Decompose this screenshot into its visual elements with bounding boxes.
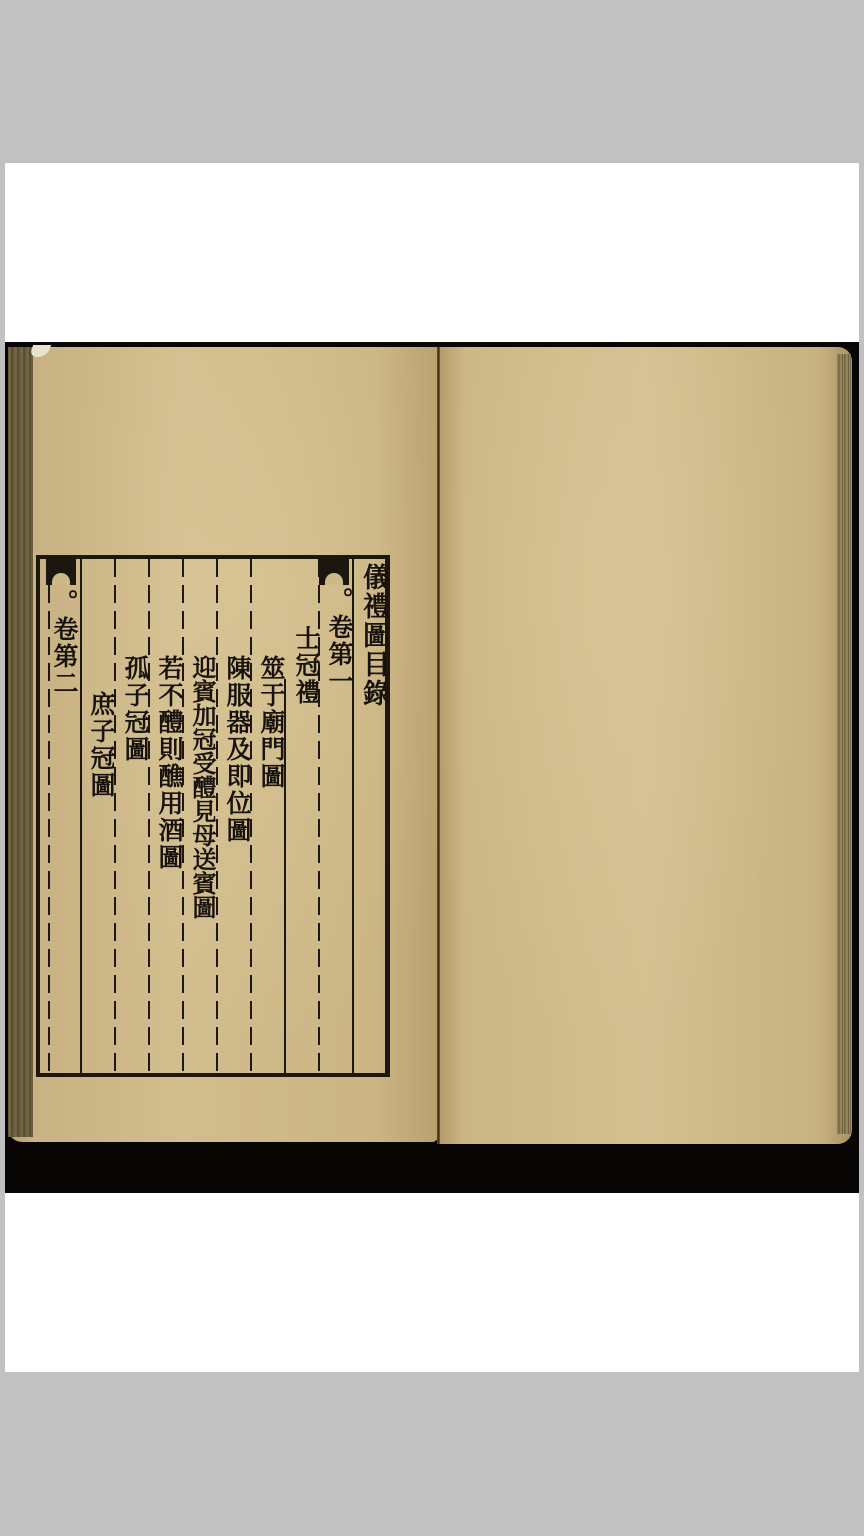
toc-entry: 庶子冠圖 [83, 691, 119, 799]
right-page: 材重校訂 儀禮序 周伝杉 王 [440, 347, 852, 1144]
section-heading: 士冠禮 [288, 625, 324, 706]
toc-entry: 孤子冠圖 [117, 655, 153, 763]
book-scan-photo: 儀禮圖目錄 。卷第一 士冠禮 筮于廟門圖 陳服器及即位圖 迎賓加冠受醴見母送賓圖… [5, 342, 859, 1193]
toc-entry: 若不醴則醮用酒圖 [151, 655, 187, 871]
right-page-fore-edge [837, 354, 851, 1134]
toc-entry: 迎賓加冠受醴見母送賓圖 [185, 655, 220, 919]
fish-tail-mark-top [319, 559, 349, 585]
volume-one-heading: 。卷第一 [321, 587, 357, 695]
volume-two-heading: 。卷第二 [46, 589, 82, 697]
left-page-fore-edge [8, 347, 33, 1137]
left-page: 儀禮圖目錄 。卷第一 士冠禮 筮于廟門圖 陳服器及即位圖 迎賓加冠受醴見母送賓圖… [8, 347, 438, 1142]
toc-title: 儀禮圖目錄 [354, 563, 393, 708]
toc-entry: 筮于廟門圖 [253, 655, 289, 790]
toc-entry: 陳服器及即位圖 [219, 655, 255, 844]
book-gutter [437, 347, 440, 1144]
fish-tail-mark-volume-two [46, 559, 76, 585]
left-page-printed-frame: 儀禮圖目錄 。卷第一 士冠禮 筮于廟門圖 陳服器及即位圖 迎賓加冠受醴見母送賓圖… [36, 555, 390, 1077]
